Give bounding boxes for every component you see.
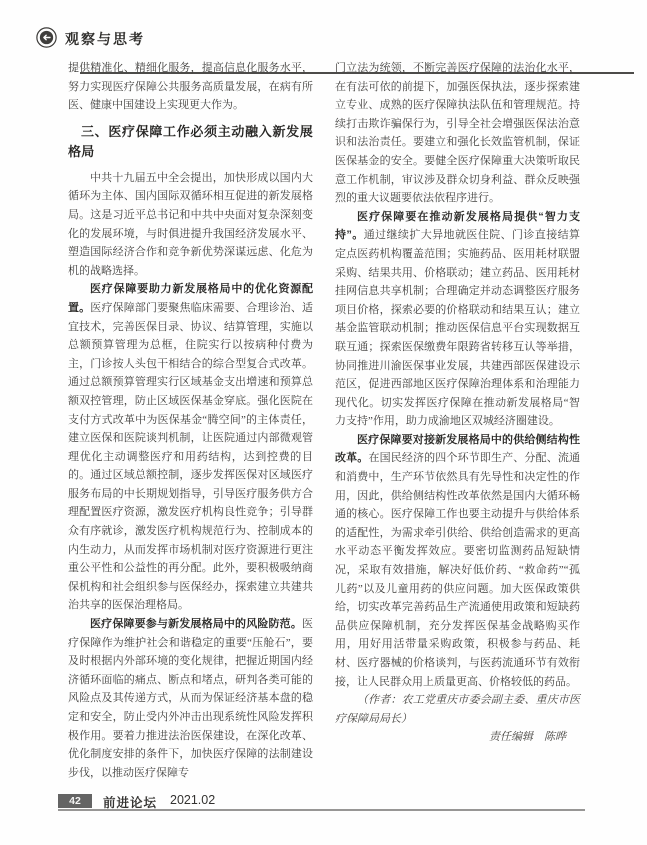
circled-left-arrow-icon bbox=[36, 27, 57, 48]
section-heading: 三、医疗保障工作必须主动融入新发展格局 bbox=[68, 122, 313, 162]
paragraph-lead: 医疗保障要参与新发展格局中的风险防范。 bbox=[90, 618, 302, 630]
column-left: 提供精准化、精细化服务，提高信息化服务水平，努力实现医疗保障公共服务高质量发展，… bbox=[68, 59, 313, 782]
paragraph: 中共十九届五中全会提出，加快形成以国内大循环为主体、国内国际双循环相互促进的新发… bbox=[68, 169, 313, 281]
column-right: 门立法为统领，不断完善医疗保障的法治化水平，在有法可依的前提下，加强医保执法，逐… bbox=[335, 59, 580, 782]
page-header: 观察与思考 bbox=[36, 26, 600, 50]
author-note: （作者：农工党重庆市委会副主委、重庆市医疗保障局局长） bbox=[335, 691, 580, 728]
editor-credit: 责任编辑 陈晔 bbox=[335, 728, 580, 747]
footer-rule bbox=[58, 809, 585, 811]
paragraph: 医疗保障要在推动新发展格局提供“智力支持”。通过继续扩大异地就医住院、门诊直接结… bbox=[335, 208, 580, 431]
page-footer: 42 前进论坛 2021.02 bbox=[58, 792, 585, 812]
issue-number: 2021.02 bbox=[170, 793, 215, 807]
article-body: 提供精准化、精细化服务，提高信息化服务水平，努力实现医疗保障公共服务高质量发展，… bbox=[68, 59, 580, 782]
page-number-badge: 42 bbox=[58, 794, 92, 808]
paragraph: 医疗保障要参与新发展格局中的风险防范。医疗保障作为维护社会和谐稳定的重要“压舱石… bbox=[68, 615, 313, 782]
paragraph: 提供精准化、精细化服务，提高信息化服务水平，努力实现医疗保障公共服务高质量发展，… bbox=[68, 59, 313, 115]
paragraph-text: 在国民经济的四个环节即生产、分配、流通和消费中，生产环节依然具有先导性和决定性的… bbox=[335, 452, 580, 687]
paragraph-text: 通过继续扩大异地就医住院、门诊直接结算定点医药机构覆盖范围；实施药品、医用耗材联… bbox=[335, 229, 580, 427]
paragraph: 医疗保障要对接新发展格局中的供给侧结构性改革。在国民经济的四个环节即生产、分配、… bbox=[335, 431, 580, 691]
section-label: 观察与思考 bbox=[65, 29, 145, 49]
paragraph: 医疗保障要助力新发展格局中的优化资源配置。医疗保障部门要聚焦临床需要、合理诊治、… bbox=[68, 280, 313, 615]
paragraph-text: 医疗保障部门要聚焦临床需要、合理诊治、适宜技术，完善医保目录、协议、结算管理，实… bbox=[68, 302, 313, 612]
paragraph-text: 医疗保障作为维护社会和谐稳定的重要“压舱石”，要及时根据内外部环境的变化规律，把… bbox=[68, 618, 313, 779]
paragraph: 门立法为统领，不断完善医疗保障的法治化水平，在有法可依的前提下，加强医保执法，逐… bbox=[335, 59, 580, 208]
magazine-page: 观察与思考 提供精准化、精细化服务，提高信息化服务水平，努力实现医疗保障公共服务… bbox=[0, 0, 647, 845]
